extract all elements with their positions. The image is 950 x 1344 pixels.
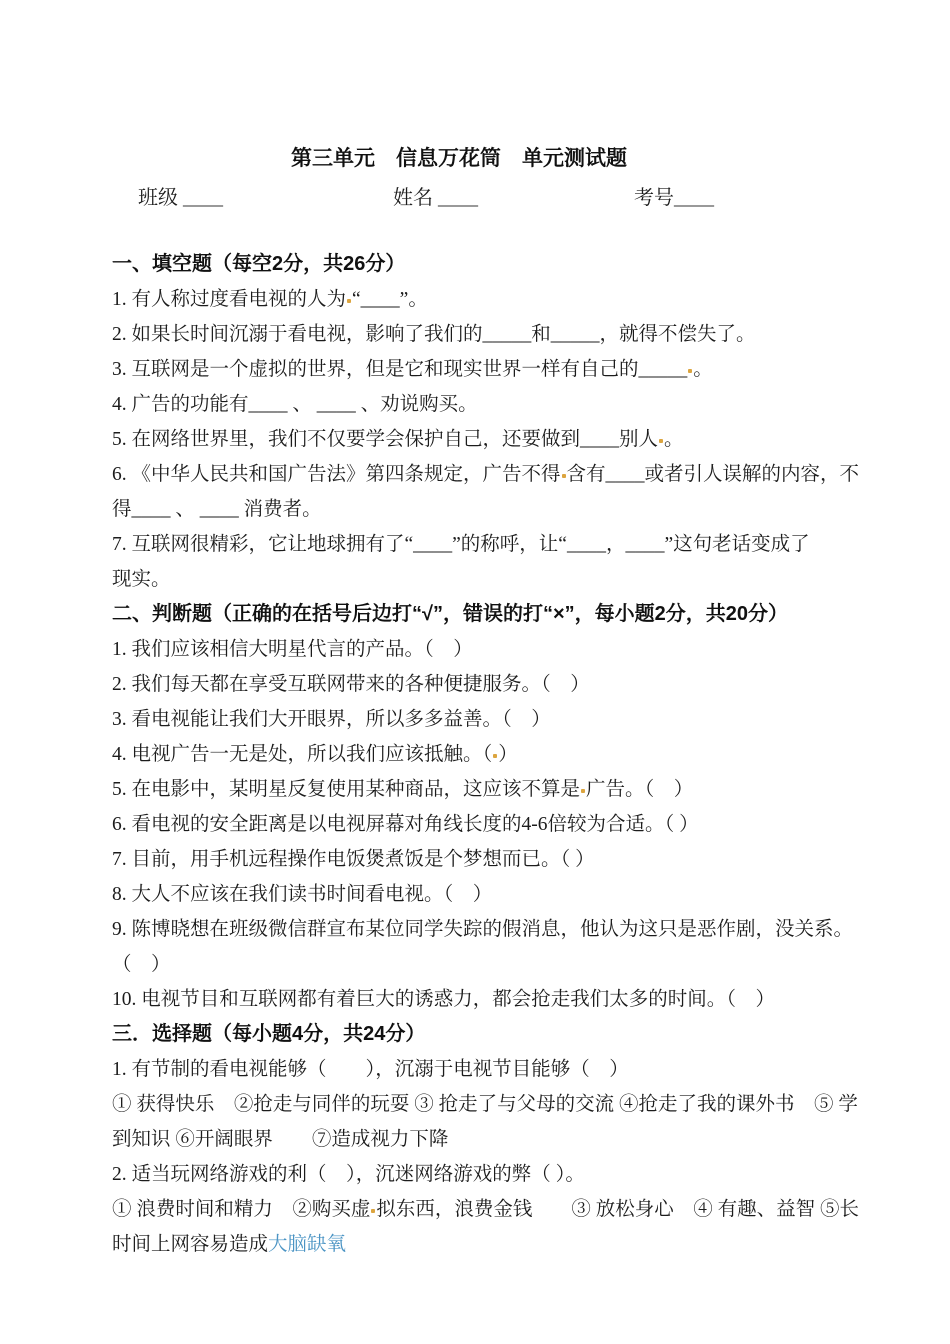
judge-q4: 4. 电视广告一无是处，所以我们应该抵触。（） bbox=[112, 737, 940, 772]
fill-q3-text-a: 3. 互联网是一个虚拟的世界，但是它和现实世界一样有自己的_____ bbox=[112, 359, 687, 380]
class-label: 班级 bbox=[138, 187, 178, 209]
judge-section-heading: 二、判断题（正确的在括号后边打“√”，错误的打“×”，每小题2分，共20分） bbox=[112, 597, 940, 632]
proofing-dot-icon bbox=[347, 299, 351, 303]
exam-number-label: 考号 bbox=[634, 187, 674, 209]
proofing-dot-icon bbox=[562, 474, 566, 478]
proofing-dot-icon bbox=[581, 789, 585, 793]
judge-q4-text-a: 4. 电视广告一无是处，所以我们应该抵触。（ bbox=[112, 744, 492, 765]
fill-q1-text-b: “____”。 bbox=[352, 289, 428, 310]
choice-section-heading: 三．选择题（每小题4分，共24分） bbox=[112, 1017, 940, 1052]
student-info-row: 班级____姓名____考号____ bbox=[112, 184, 940, 212]
judge-q5-text-a: 5. 在电影中，某明星反复使用某种商品，这应该不算是 bbox=[112, 779, 580, 800]
fill-q5-text-a: 5. 在网络世界里，我们不仅要学会保护自己，还要做到____别人 bbox=[112, 429, 658, 450]
fill-q3: 3. 互联网是一个虚拟的世界，但是它和现实世界一样有自己的_____。 bbox=[112, 352, 940, 387]
fill-q6-line2: 得____ 、 ____ 消费者。 bbox=[112, 492, 940, 527]
proofing-dot-icon bbox=[659, 439, 663, 443]
choice-q2-options-line2: 时间上网容易造成大脑缺氧 bbox=[112, 1227, 940, 1262]
fill-q6-text-b: 含有____或者引人误解的内容，不 bbox=[567, 464, 860, 485]
fill-q5: 5. 在网络世界里，我们不仅要学会保护自己，还要做到____别人。 bbox=[112, 422, 940, 457]
proofing-dot-icon bbox=[371, 1209, 375, 1213]
class-blank-line: ____ bbox=[183, 187, 223, 209]
judge-q10: 10. 电视节目和互联网都有着巨大的诱惑力，都会抢走我们太多的时间。（ ） bbox=[112, 982, 940, 1017]
fill-q1-text-a: 1. 有人称过度看电视的人为 bbox=[112, 289, 346, 310]
fill-q7-line1: 7. 互联网很精彩，它让地球拥有了“____”的称呼，让“____，____”这… bbox=[112, 527, 940, 562]
judge-q8: 8. 大人不应该在我们读书时间看电视。（ ） bbox=[112, 877, 940, 912]
fill-q4: 4. 广告的功能有____ 、 ____ 、劝说购买。 bbox=[112, 387, 940, 422]
judge-q9-line1: 9. 陈博晓想在班级微信群宣布某位同学失踪的假消息，他认为这只是恶作剧，没关系。 bbox=[112, 912, 940, 947]
judge-q1: 1. 我们应该相信大明星代言的产品。（ ） bbox=[112, 632, 940, 667]
exam-number-blank-line: ____ bbox=[674, 187, 714, 209]
judge-q3: 3. 看电视能让我们大开眼界，所以多多益善。（ ） bbox=[112, 702, 940, 737]
choice-q2: 2. 适当玩网络游戏的利（ ），沉迷网络游戏的弊（ ）。 bbox=[112, 1157, 940, 1192]
choice-q1-options-line2: 到知识 ⑥开阔眼界 ⑦造成视力下降 bbox=[112, 1122, 940, 1157]
judge-q4-text-b: ） bbox=[498, 744, 518, 765]
fill-q7-line2: 现实。 bbox=[112, 562, 940, 597]
choice-q2-options-text-a: ① 浪费时间和精力 ②购买虚 bbox=[112, 1199, 370, 1220]
name-label: 姓名 bbox=[393, 187, 433, 209]
judge-q5-text-b: 广告。（ ） bbox=[586, 779, 693, 800]
class-field: 班级____ bbox=[138, 184, 223, 212]
judge-q7: 7. 目前，用手机远程操作电饭煲煮饭是个梦想而已。（ ） bbox=[112, 842, 940, 877]
brain-hypoxia-link[interactable]: 大脑缺氧 bbox=[268, 1234, 346, 1255]
judge-q5: 5. 在电影中，某明星反复使用某种商品，这应该不算是广告。（ ） bbox=[112, 772, 940, 807]
exam-number-field: 考号____ bbox=[634, 184, 714, 212]
test-paper-page: 第三单元 信息万花筒 单元测试题 班级____姓名____考号____ 一、填空… bbox=[0, 0, 950, 1344]
fill-q3-text-b: 。 bbox=[693, 359, 713, 380]
judge-q9-line2: （ ） bbox=[112, 947, 940, 982]
name-blank-line: ____ bbox=[438, 187, 478, 209]
fill-q6-line1: 6. 《中华人民共和国广告法》第四条规定，广告不得含有____或者引人误解的内容… bbox=[112, 457, 940, 492]
choice-q2-options-line1: ① 浪费时间和精力 ②购买虚拟东西，浪费金钱 ③ 放松身心 ④ 有趣、益智 ⑤长 bbox=[112, 1192, 940, 1227]
fill-q5-text-b: 。 bbox=[664, 429, 684, 450]
choice-q1: 1. 有节制的看电视能够（ ），沉溺于电视节目能够（ ） bbox=[112, 1052, 940, 1087]
fill-section-heading: 一、填空题（每空2分，共26分） bbox=[112, 247, 940, 282]
choice-q2-options-text-b: 拟东西，浪费金钱 ③ 放松身心 ④ 有趣、益智 ⑤长 bbox=[376, 1199, 859, 1220]
fill-q2: 2. 如果长时间沉溺于看电视，影响了我们的_____和_____，就得不偿失了。 bbox=[112, 317, 940, 352]
fill-q1: 1. 有人称过度看电视的人为“____”。 bbox=[112, 282, 940, 317]
proofing-dot-icon bbox=[493, 754, 497, 758]
document-title: 第三单元 信息万花筒 单元测试题 bbox=[0, 0, 950, 172]
choice-q2-options-text-c: 时间上网容易造成 bbox=[112, 1234, 268, 1255]
choice-q1-options-line1: ① 获得快乐 ②抢走与同伴的玩耍 ③ 抢走了与父母的交流 ④抢走了我的课外书 ⑤… bbox=[112, 1087, 940, 1122]
fill-q6-text-a: 6. 《中华人民共和国广告法》第四条规定，广告不得 bbox=[112, 464, 561, 485]
judge-q6: 6. 看电视的安全距离是以电视屏幕对角线长度的4-6倍较为合适。（ ） bbox=[112, 807, 940, 842]
name-field: 姓名____ bbox=[393, 184, 478, 212]
judge-q2: 2. 我们每天都在享受互联网带来的各种便捷服务。（ ） bbox=[112, 667, 940, 702]
proofing-dot-icon bbox=[688, 369, 692, 373]
